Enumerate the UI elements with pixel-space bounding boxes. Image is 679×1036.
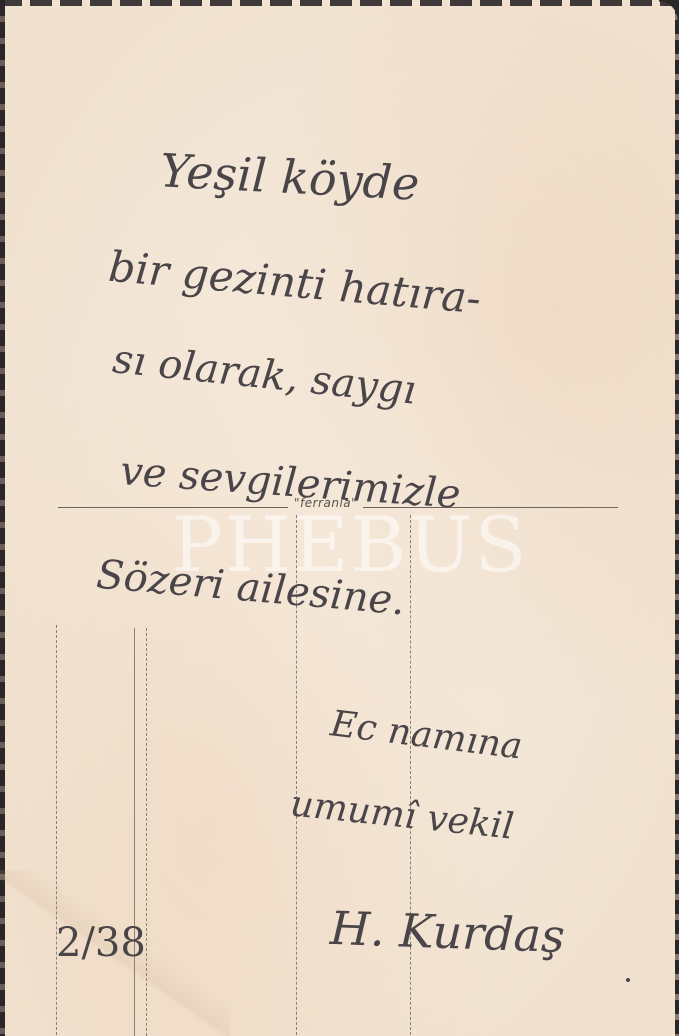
date-note: 2/38	[56, 920, 146, 966]
handwritten-line: sı olarak, saygı	[110, 336, 418, 414]
vertical-rule	[56, 625, 57, 1035]
closing-line: umumî vekil	[288, 783, 515, 847]
closing-line: Ec namına	[328, 703, 524, 767]
deckled-edge-right	[675, 0, 679, 1036]
handwritten-line: Yeşil köyde	[159, 143, 421, 211]
deckled-edge-top	[0, 0, 679, 6]
signature: H. Kurdaş	[329, 901, 566, 963]
postcard-back: "ferrania" PHEBUS Yeşil köyde bir gezint…	[0, 0, 679, 1036]
signature-period	[626, 978, 630, 982]
vertical-rule	[134, 628, 135, 1036]
rounded-corner	[659, 0, 679, 20]
vertical-rule	[146, 628, 147, 1036]
handwritten-line: bir gezinti hatıra-	[107, 242, 483, 323]
